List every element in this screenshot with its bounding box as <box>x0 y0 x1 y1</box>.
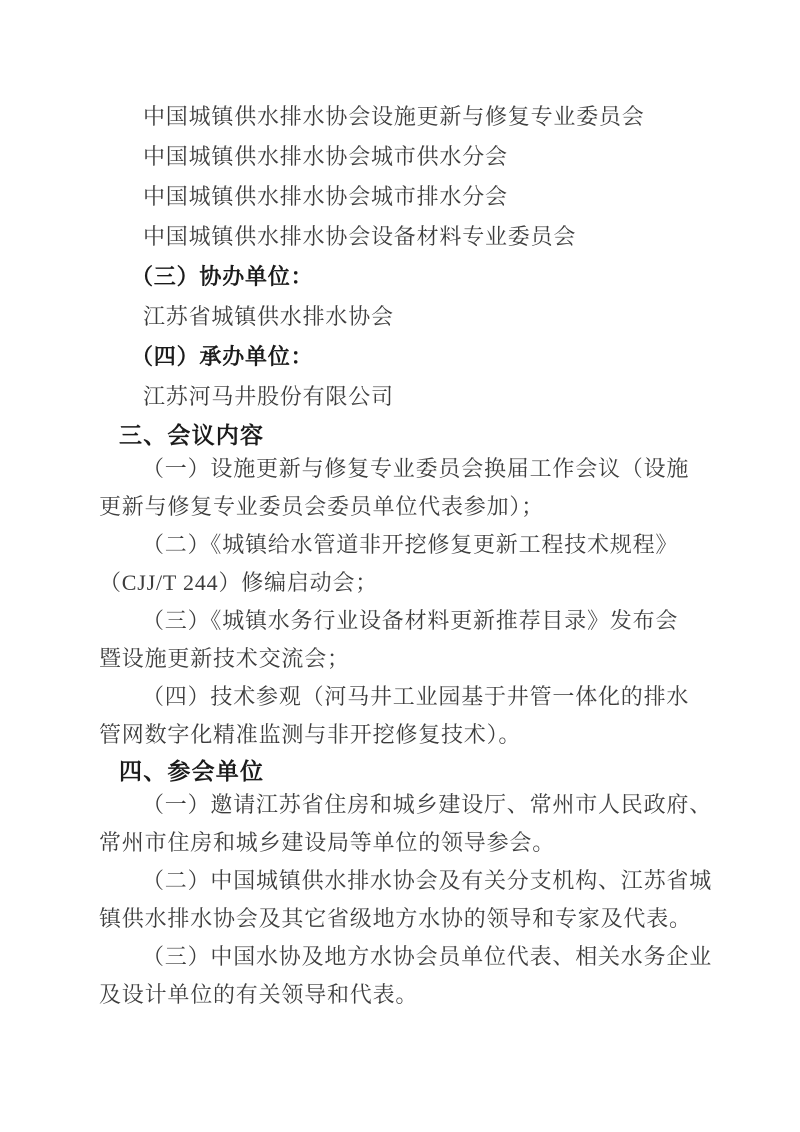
co-organizer-name: 江苏省城镇供水排水协会 <box>99 297 716 337</box>
organizer-unit-line: 中国城镇供水排水协会城市排水分会 <box>99 177 716 217</box>
paragraph-line: （二）中国城镇供水排水协会及有关分支机构、江苏省城 <box>99 862 716 900</box>
co-organizer-label: （三）协办单位： <box>99 257 716 297</box>
paragraph-line: 镇供水排水协会及其它省级地方水协的领导和专家及代表。 <box>99 900 716 938</box>
paragraph-line: （二）《城镇给水管道非开挖修复更新工程技术规程》 <box>99 526 716 564</box>
host-name: 江苏河马井股份有限公司 <box>99 377 716 417</box>
meeting-content-item: （一）设施更新与修复专业委员会换届工作会议（设施 更新与修复专业委员会委员单位代… <box>99 450 716 526</box>
paragraph-line: 管网数字化精准监测与非开挖修复技术）。 <box>99 716 716 754</box>
document-content: 中国城镇供水排水协会设施更新与修复专业委员会 中国城镇供水排水协会城市供水分会 … <box>0 0 800 1014</box>
host-label: （四）承办单位： <box>99 337 716 377</box>
attendee-item: （二）中国城镇供水排水协会及有关分支机构、江苏省城 镇供水排水协会及其它省级地方… <box>99 862 716 938</box>
paragraph-line: 暨设施更新技术交流会； <box>99 640 716 678</box>
meeting-content-item: （二）《城镇给水管道非开挖修复更新工程技术规程》 （CJJ/T 244）修编启动… <box>99 526 716 602</box>
section-heading-attendees: 四、参会单位 <box>119 756 716 786</box>
paragraph-line: 及设计单位的有关领导和代表。 <box>99 976 716 1014</box>
paragraph-line: （三）《城镇水务行业设备材料更新推荐目录》发布会 <box>99 602 716 640</box>
attendee-item: （一）邀请江苏省住房和城乡建设厅、常州市人民政府、 常州市住房和城乡建设局等单位… <box>99 786 716 862</box>
organizer-unit-line: 中国城镇供水排水协会设备材料专业委员会 <box>99 217 716 257</box>
paragraph-line: 常州市住房和城乡建设局等单位的领导参会。 <box>99 824 716 862</box>
attendee-item: （三）中国水协及地方水协会员单位代表、相关水务企业 及设计单位的有关领导和代表。 <box>99 938 716 1014</box>
paragraph-line: （一）邀请江苏省住房和城乡建设厅、常州市人民政府、 <box>99 786 716 824</box>
organizer-unit-line: 中国城镇供水排水协会设施更新与修复专业委员会 <box>99 97 716 137</box>
paragraph-line: （四）技术参观（河马井工业园基于井管一体化的排水 <box>99 678 716 716</box>
paragraph-line: （三）中国水协及地方水协会员单位代表、相关水务企业 <box>99 938 716 976</box>
meeting-content-item: （四）技术参观（河马井工业园基于井管一体化的排水 管网数字化精准监测与非开挖修复… <box>99 678 716 754</box>
document-page: 中国城镇供水排水协会设施更新与修复专业委员会 中国城镇供水排水协会城市供水分会 … <box>0 0 800 1132</box>
paragraph-line: （一）设施更新与修复专业委员会换届工作会议（设施 <box>99 450 716 488</box>
section-heading-meeting-content: 三、会议内容 <box>119 420 716 450</box>
paragraph-line: 更新与修复专业委员会委员单位代表参加）； <box>99 488 716 526</box>
organizer-unit-line: 中国城镇供水排水协会城市供水分会 <box>99 137 716 177</box>
paragraph-line: （CJJ/T 244）修编启动会； <box>99 564 716 602</box>
meeting-content-item: （三）《城镇水务行业设备材料更新推荐目录》发布会 暨设施更新技术交流会； <box>99 602 716 678</box>
